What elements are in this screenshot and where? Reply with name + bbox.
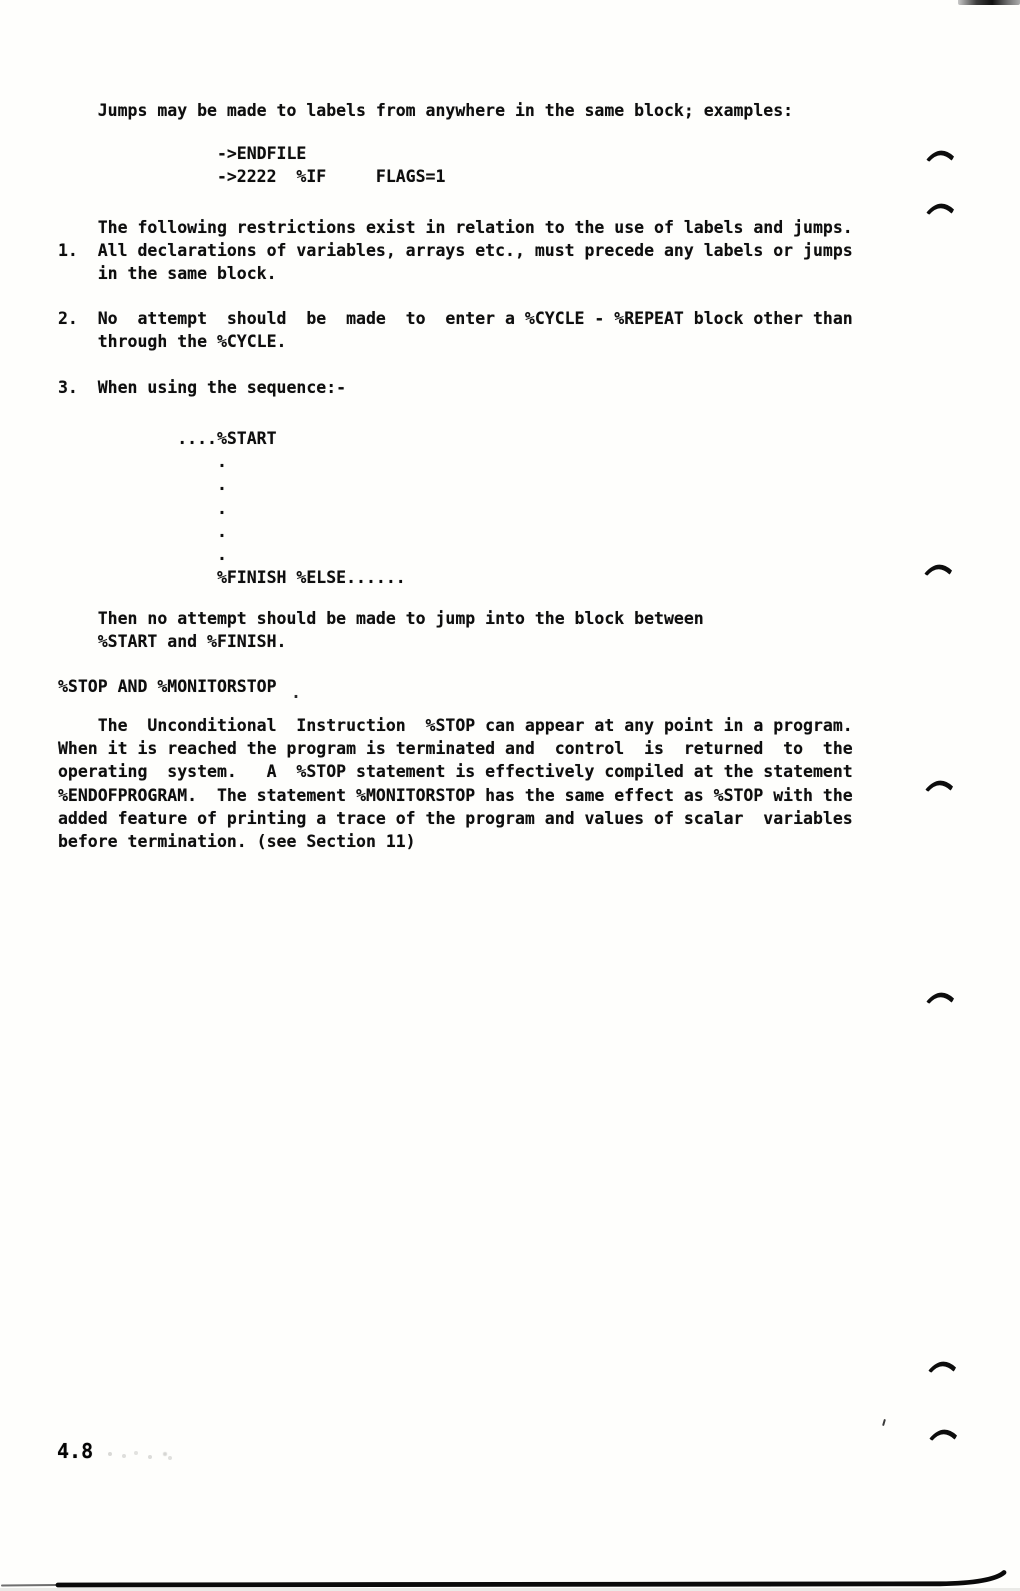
stop-paragraph: The Unconditional Instruction %STOP can … (58, 714, 853, 853)
binding-mark-icon (927, 1357, 957, 1373)
binding-mark-icon (925, 199, 955, 215)
page-number: 4.8 (57, 1440, 93, 1462)
restrictions-intro: The following restrictions exist in rela… (58, 216, 853, 286)
stray-typewriter-dot: . (291, 681, 301, 704)
start-finish-sequence: ....%START . . . . . %FINISH %ELSE...... (58, 427, 406, 589)
intro-line: Jumps may be made to labels from anywher… (58, 99, 793, 122)
sequence-note: Then no attempt should be made to jump i… (58, 607, 704, 653)
binding-mark-icon (923, 560, 953, 576)
binding-mark-icon (928, 1425, 958, 1441)
scanned-manual-page: Jumps may be made to labels from anywher… (0, 0, 1020, 1591)
code-example: ->ENDFILE ->2222 %IF FLAGS=1 (58, 142, 445, 188)
erased-ghost-marks (108, 1452, 112, 1456)
scan-edge-smudge (958, 0, 1020, 5)
restriction-item-3: 3. When using the sequence:- (58, 376, 346, 399)
binding-mark-icon (925, 146, 955, 162)
binding-mark-icon (924, 776, 954, 792)
section-heading: %STOP AND %MONITORSTOP (58, 675, 277, 698)
stray-tick-mark (882, 1419, 886, 1426)
binding-mark-icon (925, 988, 955, 1004)
restriction-item-2: 2. No attempt should be made to enter a … (58, 307, 853, 353)
